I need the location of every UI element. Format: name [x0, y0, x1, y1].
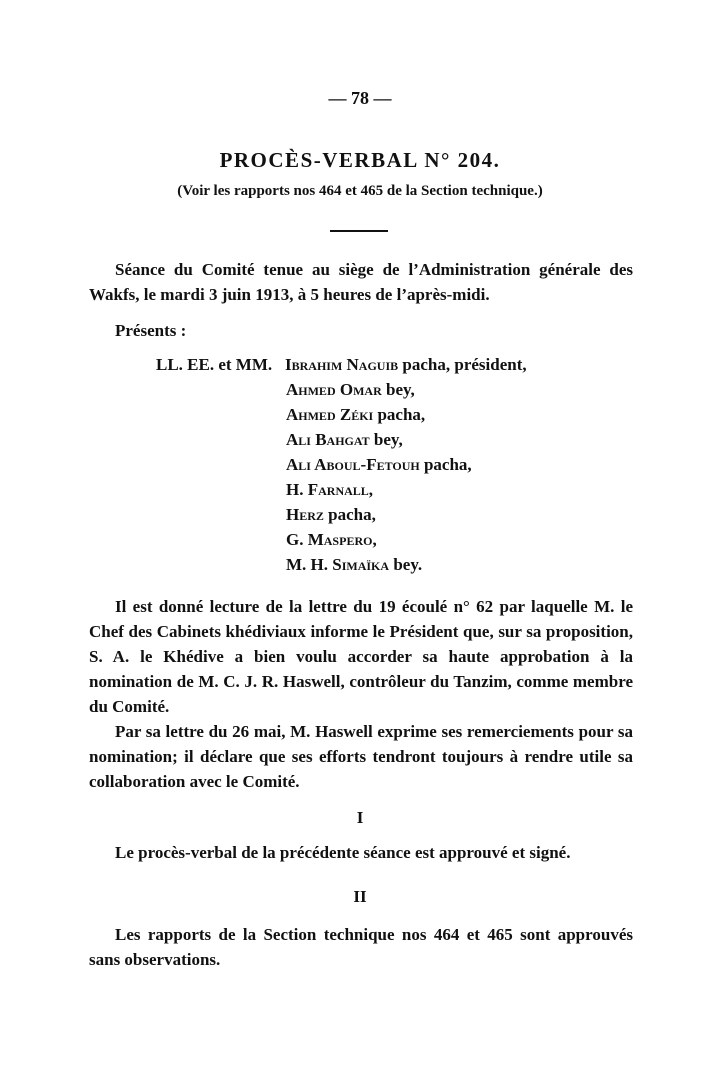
page-title: PROCÈS-VERBAL N° 204.: [0, 148, 720, 173]
attendee-item: G. Maspero,: [286, 530, 377, 550]
section-numeral-2: II: [0, 887, 720, 907]
attendee-title: ,: [369, 480, 373, 499]
section-2-text: Les rapports de la Section technique nos…: [89, 922, 633, 972]
presents-label: Présents :: [115, 321, 186, 341]
attendee-name: Herz: [286, 505, 324, 524]
title-divider: [330, 230, 388, 232]
attendee-item: Ahmed Omar bey,: [286, 380, 415, 400]
attendee-title: pacha, président,: [398, 355, 526, 374]
document-page: — 78 — PROCÈS-VERBAL N° 204. (Voir les r…: [0, 0, 720, 1082]
section-numeral-1: I: [0, 808, 720, 828]
attendee-title: pacha,: [324, 505, 376, 524]
attendee-name: M. H. Simaïka: [286, 555, 389, 574]
attendee-item: Herz pacha,: [286, 505, 376, 525]
section-1-text: Le procès-verbal de la précédente séance…: [115, 843, 570, 863]
thanks-paragraph: Par sa lettre du 26 mai, M. Haswell expr…: [89, 719, 633, 794]
attendees-lead: LL. EE. et MM.: [156, 355, 272, 375]
attendee-name: Ali Aboul-Fetouh: [286, 455, 420, 474]
attendee-name: Ahmed Zéki: [286, 405, 373, 424]
attendee-title: bey.: [389, 555, 422, 574]
attendee-title: bey,: [382, 380, 415, 399]
attendee-name: Ibrahim Naguib: [285, 355, 398, 374]
page-number: — 78 —: [0, 88, 720, 109]
attendee-item: Ali Aboul-Fetouh pacha,: [286, 455, 472, 475]
attendee-item: Ali Bahgat bey,: [286, 430, 403, 450]
attendee-name: G. Maspero: [286, 530, 372, 549]
attendee-item: M. H. Simaïka bey.: [286, 555, 422, 575]
attendee-item: H. Farnall,: [286, 480, 373, 500]
attendee-item: Ahmed Zéki pacha,: [286, 405, 425, 425]
attendee-name: Ali Bahgat: [286, 430, 370, 449]
attendee-item: Ibrahim Naguib pacha, président,: [285, 355, 527, 375]
attendee-title: pacha,: [420, 455, 472, 474]
attendee-name: H. Farnall: [286, 480, 369, 499]
attendee-title: bey,: [370, 430, 403, 449]
subtitle-reference: (Voir les rapports nos 464 et 465 de la …: [0, 183, 720, 200]
attendee-title: pacha,: [373, 405, 425, 424]
attendee-name: Ahmed Omar: [286, 380, 382, 399]
letter-paragraph: Il est donné lecture de la lettre du 19 …: [89, 594, 633, 719]
attendee-title: ,: [372, 530, 376, 549]
opening-paragraph: Séance du Comité tenue au siège de l’Adm…: [89, 257, 633, 307]
